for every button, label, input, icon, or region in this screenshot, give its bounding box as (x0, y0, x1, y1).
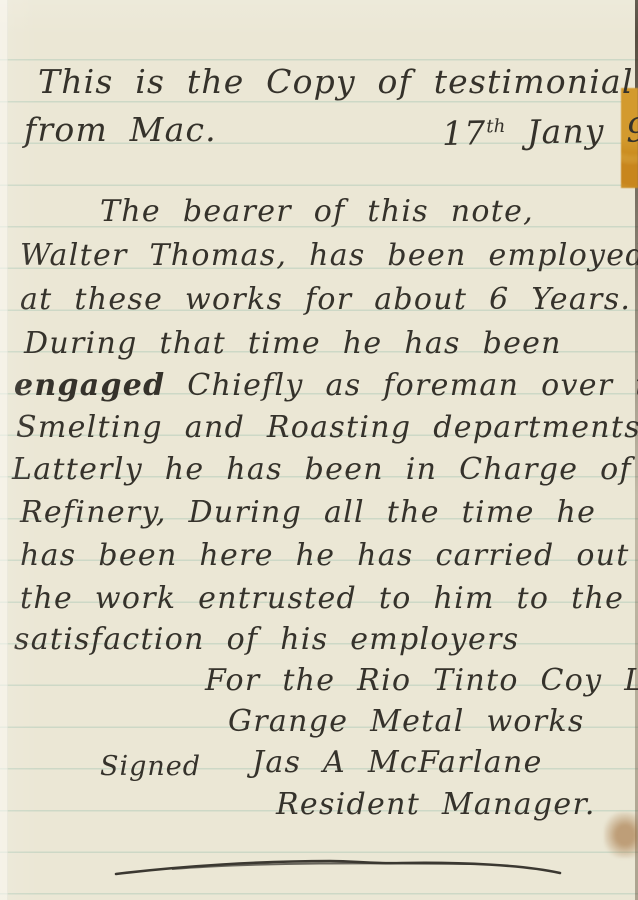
date-rest: Jany 96 (505, 110, 638, 152)
signature: Jas A McFarlane (252, 745, 543, 780)
flourish-stroke (112, 850, 564, 880)
heading-line-2: from Mac. (24, 110, 217, 149)
body-line-2: Walter Thomas, has been employed (20, 238, 638, 273)
page-gutter-edge (0, 0, 8, 900)
body-line-7: Latterly he has been in Charge of the (12, 452, 638, 487)
date-ordinal: th (486, 116, 505, 137)
body-line-9: has been here he has carried out (20, 538, 630, 573)
body-line-3: at these works for about 6 Years. (20, 282, 631, 317)
brown-stain (604, 812, 638, 858)
signoff-company: For the Rio Tinto Coy Ltd (205, 663, 638, 698)
body-line-6: Smelting and Roasting departments, (16, 410, 638, 445)
body-line-11: satisfaction of his employers (14, 622, 519, 657)
body-line-5-heavy-ink-word: engaged (14, 368, 165, 403)
body-line-5: engaged Chiefly as foreman over the (14, 368, 638, 403)
body-line-8: Refinery, During all the time he (20, 495, 596, 530)
body-line-4: During that time he has been (24, 326, 562, 361)
body-line-1: The bearer of this note, (100, 194, 534, 229)
signature-flourish (112, 850, 564, 884)
heading-line-1: This is the Copy of testimonial (38, 62, 634, 101)
body-line-10: the work entrusted to him to the (20, 581, 624, 616)
date-day: 17 (442, 113, 487, 153)
testimonial-page: This is the Copy of testimonial from Mac… (0, 0, 638, 900)
signoff-works: Grange Metal works (228, 704, 585, 739)
signoff-title: Resident Manager. (276, 787, 596, 822)
signed-label: Signed (100, 751, 201, 782)
date: 17th Jany 96 (442, 110, 638, 153)
body-line-5-rest: Chiefly as foreman over the (165, 368, 638, 403)
